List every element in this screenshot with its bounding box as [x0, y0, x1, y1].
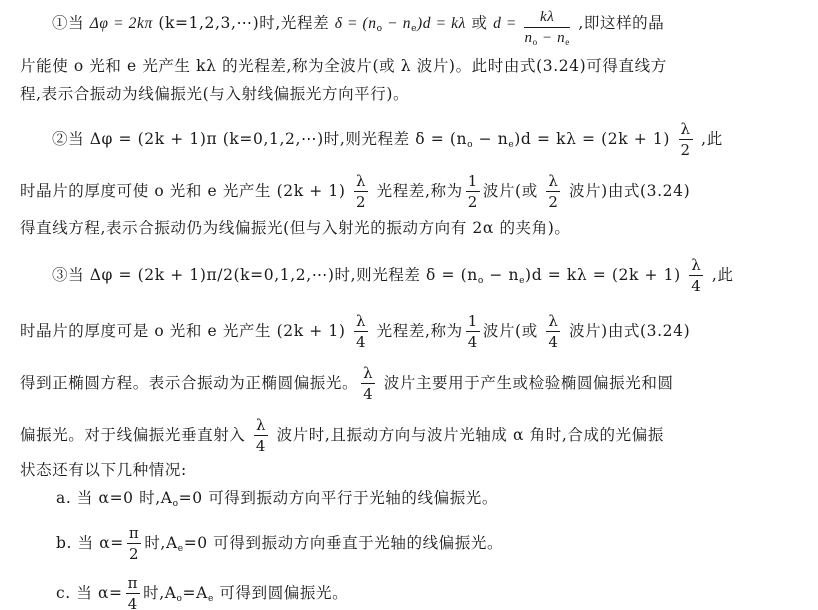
- text: ,此: [696, 130, 723, 148]
- text: (k=1,2,3,⋯)时,光程差: [153, 14, 335, 32]
- fraction-k-lambda-over-n-diff: kλno − ne: [524, 10, 569, 47]
- math: − n: [473, 130, 508, 148]
- text: 波片时,且振动方向与波片光轴成 α 角时,合成的光偏振: [271, 426, 664, 444]
- text: 时,A: [144, 534, 177, 552]
- case-c: c. 当 α=π4时,Ao=Ae 可得到圆偏振光。: [56, 576, 348, 610]
- text: 可得到圆偏振光。: [214, 584, 348, 602]
- denominator: 2: [679, 140, 693, 158]
- text: =0 可得到振动方向垂直于光轴的线偏振光。: [184, 534, 503, 552]
- paragraph-2-line-1: ②当 Δφ = (2k + 1)π (k=0,1,2,⋯)时,则光程差 δ = …: [52, 122, 723, 158]
- denominator: 4: [689, 276, 703, 294]
- numerator: λ: [546, 314, 560, 332]
- math: − n: [383, 15, 411, 32]
- fraction-lambda-over-4: λ4: [546, 314, 560, 350]
- numerator: λ: [354, 314, 368, 332]
- numerator: λ: [361, 366, 375, 384]
- denominator: 4: [466, 332, 480, 350]
- math-delta: δ = (n: [335, 15, 377, 32]
- fraction-lambda-over-2: λ2: [354, 174, 368, 210]
- text: b. 当 α=: [56, 534, 124, 552]
- text: 波片)由式(3.24): [563, 322, 690, 340]
- text: ②当 Δφ = (2k + 1)π (k=0,1,2,⋯)时,则光程差 δ = …: [52, 130, 467, 148]
- math: n: [524, 30, 532, 46]
- numerator: λ: [254, 418, 268, 436]
- paragraph-1-line-2: 片能使 o 光和 e 光产生 kλ 的光程差,称为全波片(或 λ 波片)。此时由…: [20, 56, 667, 76]
- fraction-lambda-over-4: λ4: [689, 258, 703, 294]
- denominator: 4: [361, 384, 375, 402]
- text: ①当: [52, 14, 90, 32]
- numerator: λ: [679, 122, 693, 140]
- fraction-lambda-over-4: λ4: [254, 418, 268, 454]
- numerator: 1: [466, 314, 480, 332]
- math: − n: [484, 266, 519, 284]
- paragraph-3-line-2: 时晶片的厚度可是 o 光和 e 光产生 (2k + 1) λ4 光程差,称为14…: [20, 314, 690, 350]
- text: )d = kλ = (2k + 1): [514, 130, 675, 148]
- math: d =: [493, 15, 521, 32]
- text: 时晶片的厚度可使 o 光和 e 光产生 (2k + 1): [20, 182, 351, 200]
- text: 偏振光。对于线偏振光垂直射入: [20, 426, 251, 444]
- denominator: 4: [126, 594, 140, 610]
- numerator: λ: [546, 174, 560, 192]
- text: 时,A: [143, 584, 176, 602]
- math-delta-phi: Δφ = 2kπ: [90, 15, 153, 32]
- paragraph-2-line-2: 时晶片的厚度可使 o 光和 e 光产生 (2k + 1) λ2 光程差,称为12…: [20, 174, 690, 210]
- denominator: 4: [254, 436, 268, 454]
- paragraph-3-line-3: 得到正椭圆方程。表示合振动为正椭圆偏振光。λ4 波片主要用于产生或检验椭圆偏振光…: [20, 366, 674, 402]
- numerator: λ: [689, 258, 703, 276]
- paragraph-3-line-4: 偏振光。对于线偏振光垂直射入 λ4 波片时,且振动方向与波片光轴成 α 角时,合…: [20, 418, 664, 454]
- fraction-lambda-over-2: λ2: [546, 174, 560, 210]
- fraction-1-over-2: 12: [466, 174, 480, 210]
- numerator: 1: [466, 174, 480, 192]
- subscript-e: e: [565, 37, 570, 47]
- paragraph-1-line-3: 程,表示合振动为线偏振光(与入射线偏振光方向平行)。: [20, 84, 409, 104]
- denominator: 2: [466, 192, 480, 210]
- numerator: kλ: [524, 10, 569, 28]
- text: 波片)由式(3.24): [563, 182, 690, 200]
- text: ③当 Δφ = (2k + 1)π/2(k=0,1,2,⋯)时,则光程差 δ =…: [52, 266, 478, 284]
- numerator: π: [126, 576, 140, 594]
- text: 得到正椭圆方程。表示合振动为正椭圆偏振光。: [20, 374, 358, 392]
- text: 时晶片的厚度可是 o 光和 e 光产生 (2k + 1): [20, 322, 351, 340]
- paragraph-2-line-3: 得直线方程,表示合振动仍为线偏振光(但与入射光的振动方向有 2α 的夹角)。: [20, 218, 571, 238]
- text: =0 可得到振动方向平行于光轴的线偏振光。: [179, 489, 498, 507]
- math: − n: [538, 30, 566, 46]
- math: )d = kλ: [417, 15, 466, 32]
- fraction-pi-over-2: π2: [127, 526, 141, 562]
- case-b: b. 当 α=π2时,Ae=0 可得到振动方向垂直于光轴的线偏振光。: [56, 526, 503, 562]
- denominator: 2: [546, 192, 560, 210]
- fraction-lambda-over-4: λ4: [354, 314, 368, 350]
- text: ,此: [706, 266, 733, 284]
- text: ,即这样的晶: [573, 14, 665, 32]
- denominator: 2: [127, 544, 141, 562]
- fraction-pi-over-4: π4: [126, 576, 140, 610]
- numerator: π: [127, 526, 141, 544]
- text: c. 当 α=: [56, 584, 123, 602]
- paragraph-3-line-5: 状态还有以下几种情况:: [20, 460, 187, 480]
- text: a. 当 α=0 时,A: [56, 489, 173, 507]
- denominator: 4: [354, 332, 368, 350]
- text: 波片(或: [483, 182, 543, 200]
- text: 光程差,称为: [371, 322, 463, 340]
- denominator: no − ne: [524, 28, 569, 47]
- fraction-lambda-over-4: λ4: [361, 366, 375, 402]
- fraction-1-over-4: 14: [466, 314, 480, 350]
- fraction-lambda-over-2: λ2: [679, 122, 693, 158]
- paragraph-1-line-1: ①当 Δφ = 2kπ (k=1,2,3,⋯)时,光程差 δ = (no − n…: [52, 10, 664, 47]
- paragraph-3-line-1: ③当 Δφ = (2k + 1)π/2(k=0,1,2,⋯)时,则光程差 δ =…: [52, 258, 734, 294]
- text: )d = kλ = (2k + 1): [525, 266, 686, 284]
- numerator: λ: [354, 174, 368, 192]
- case-a: a. 当 α=0 时,Ao=0 可得到振动方向平行于光轴的线偏振光。: [56, 488, 498, 514]
- denominator: 4: [546, 332, 560, 350]
- text: 波片(或: [483, 322, 543, 340]
- text: 或: [466, 14, 493, 32]
- text: 光程差,称为: [371, 182, 463, 200]
- text: =A: [183, 584, 208, 602]
- text: 波片主要用于产生或检验椭圆偏振光和圆: [378, 374, 673, 392]
- denominator: 2: [354, 192, 368, 210]
